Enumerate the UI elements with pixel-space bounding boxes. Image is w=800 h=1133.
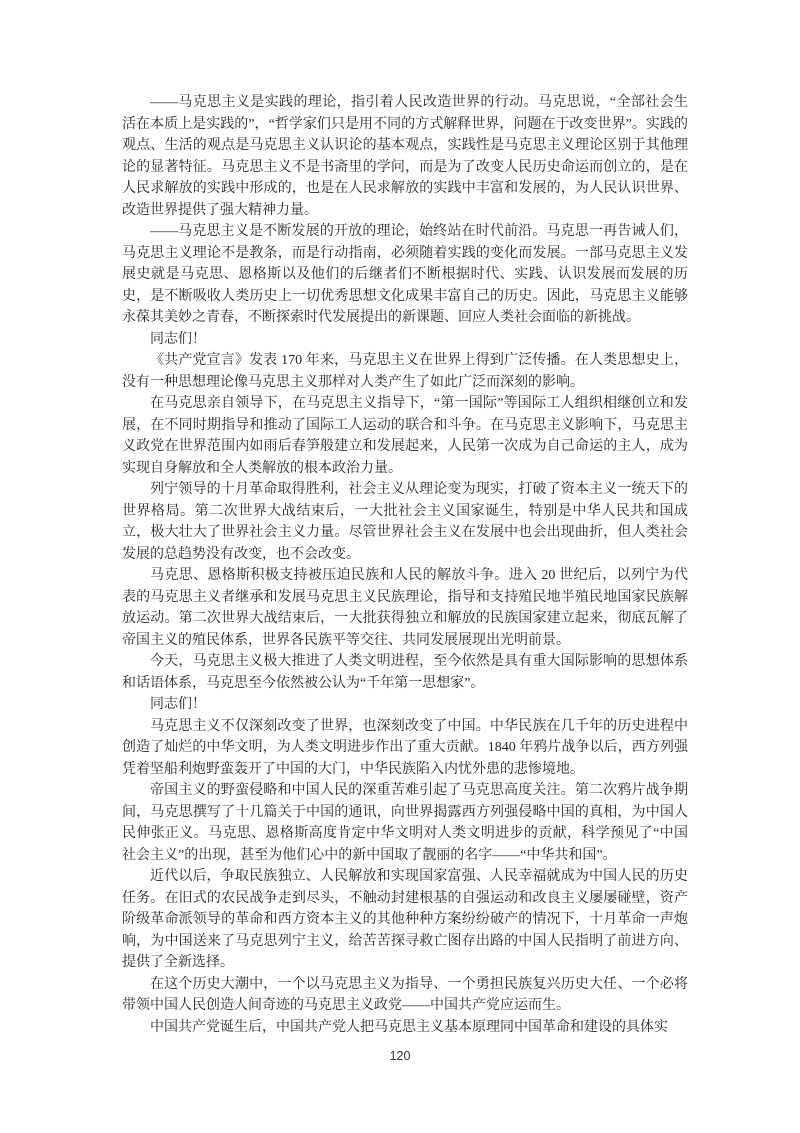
paragraph: 中国共产党诞生后，中国共产党人把马克思主义基本原理同中国革命和建设的具体实	[122, 1017, 688, 1039]
document-body: ——马克思主义是实践的理论，指引着人民改造世界的行动。马克思说，“全部社会生活在…	[122, 92, 688, 1038]
paragraph: 马克思、恩格斯积极支持被压迫民族和人民的解放斗争。进入 20 世纪后，以列宁为代…	[122, 565, 688, 651]
paragraph: 同志们！	[122, 329, 688, 351]
paragraph: 今天，马克思主义极大推进了人类文明进程，至今依然是具有重大国际影响的思想体系和话…	[122, 651, 688, 694]
document-page: ——马克思主义是实践的理论，指引着人民改造世界的行动。马克思说，“全部社会生活在…	[0, 0, 800, 1133]
paragraph: 同志们！	[122, 694, 688, 716]
paragraph: 《共产党宣言》发表 170 年来，马克思主义在世界上得到广泛传播。在人类思想史上…	[122, 350, 688, 393]
paragraph: 近代以后，争取民族独立、人民解放和实现国家富强、人民幸福就成为中国人民的历史任务…	[122, 866, 688, 974]
paragraph: ——马克思主义是实践的理论，指引着人民改造世界的行动。马克思说，“全部社会生活在…	[122, 92, 688, 221]
paragraph: 帝国主义的野蛮侵略和中国人民的深重苦难引起了马克思高度关注。第二次鸦片战争期间，…	[122, 780, 688, 866]
paragraph: ——马克思主义是不断发展的开放的理论，始终站在时代前沿。马克思一再告诫人们，马克…	[122, 221, 688, 329]
paragraph: 在马克思亲自领导下，在马克思主义指导下，“第一国际”等国际工人组织相继创立和发展…	[122, 393, 688, 479]
paragraph: 马克思主义不仅深刻改变了世界，也深刻改变了中国。中华民族在几千年的历史进程中创造…	[122, 716, 688, 781]
paragraph: 在这个历史大潮中，一个以马克思主义为指导、一个勇担民族复兴历史大任、一个必将带领…	[122, 974, 688, 1017]
paragraph: 列宁领导的十月革命取得胜利，社会主义从理论变为现实，打破了资本主义一统天下的世界…	[122, 479, 688, 565]
page-number: 120	[0, 1049, 800, 1063]
